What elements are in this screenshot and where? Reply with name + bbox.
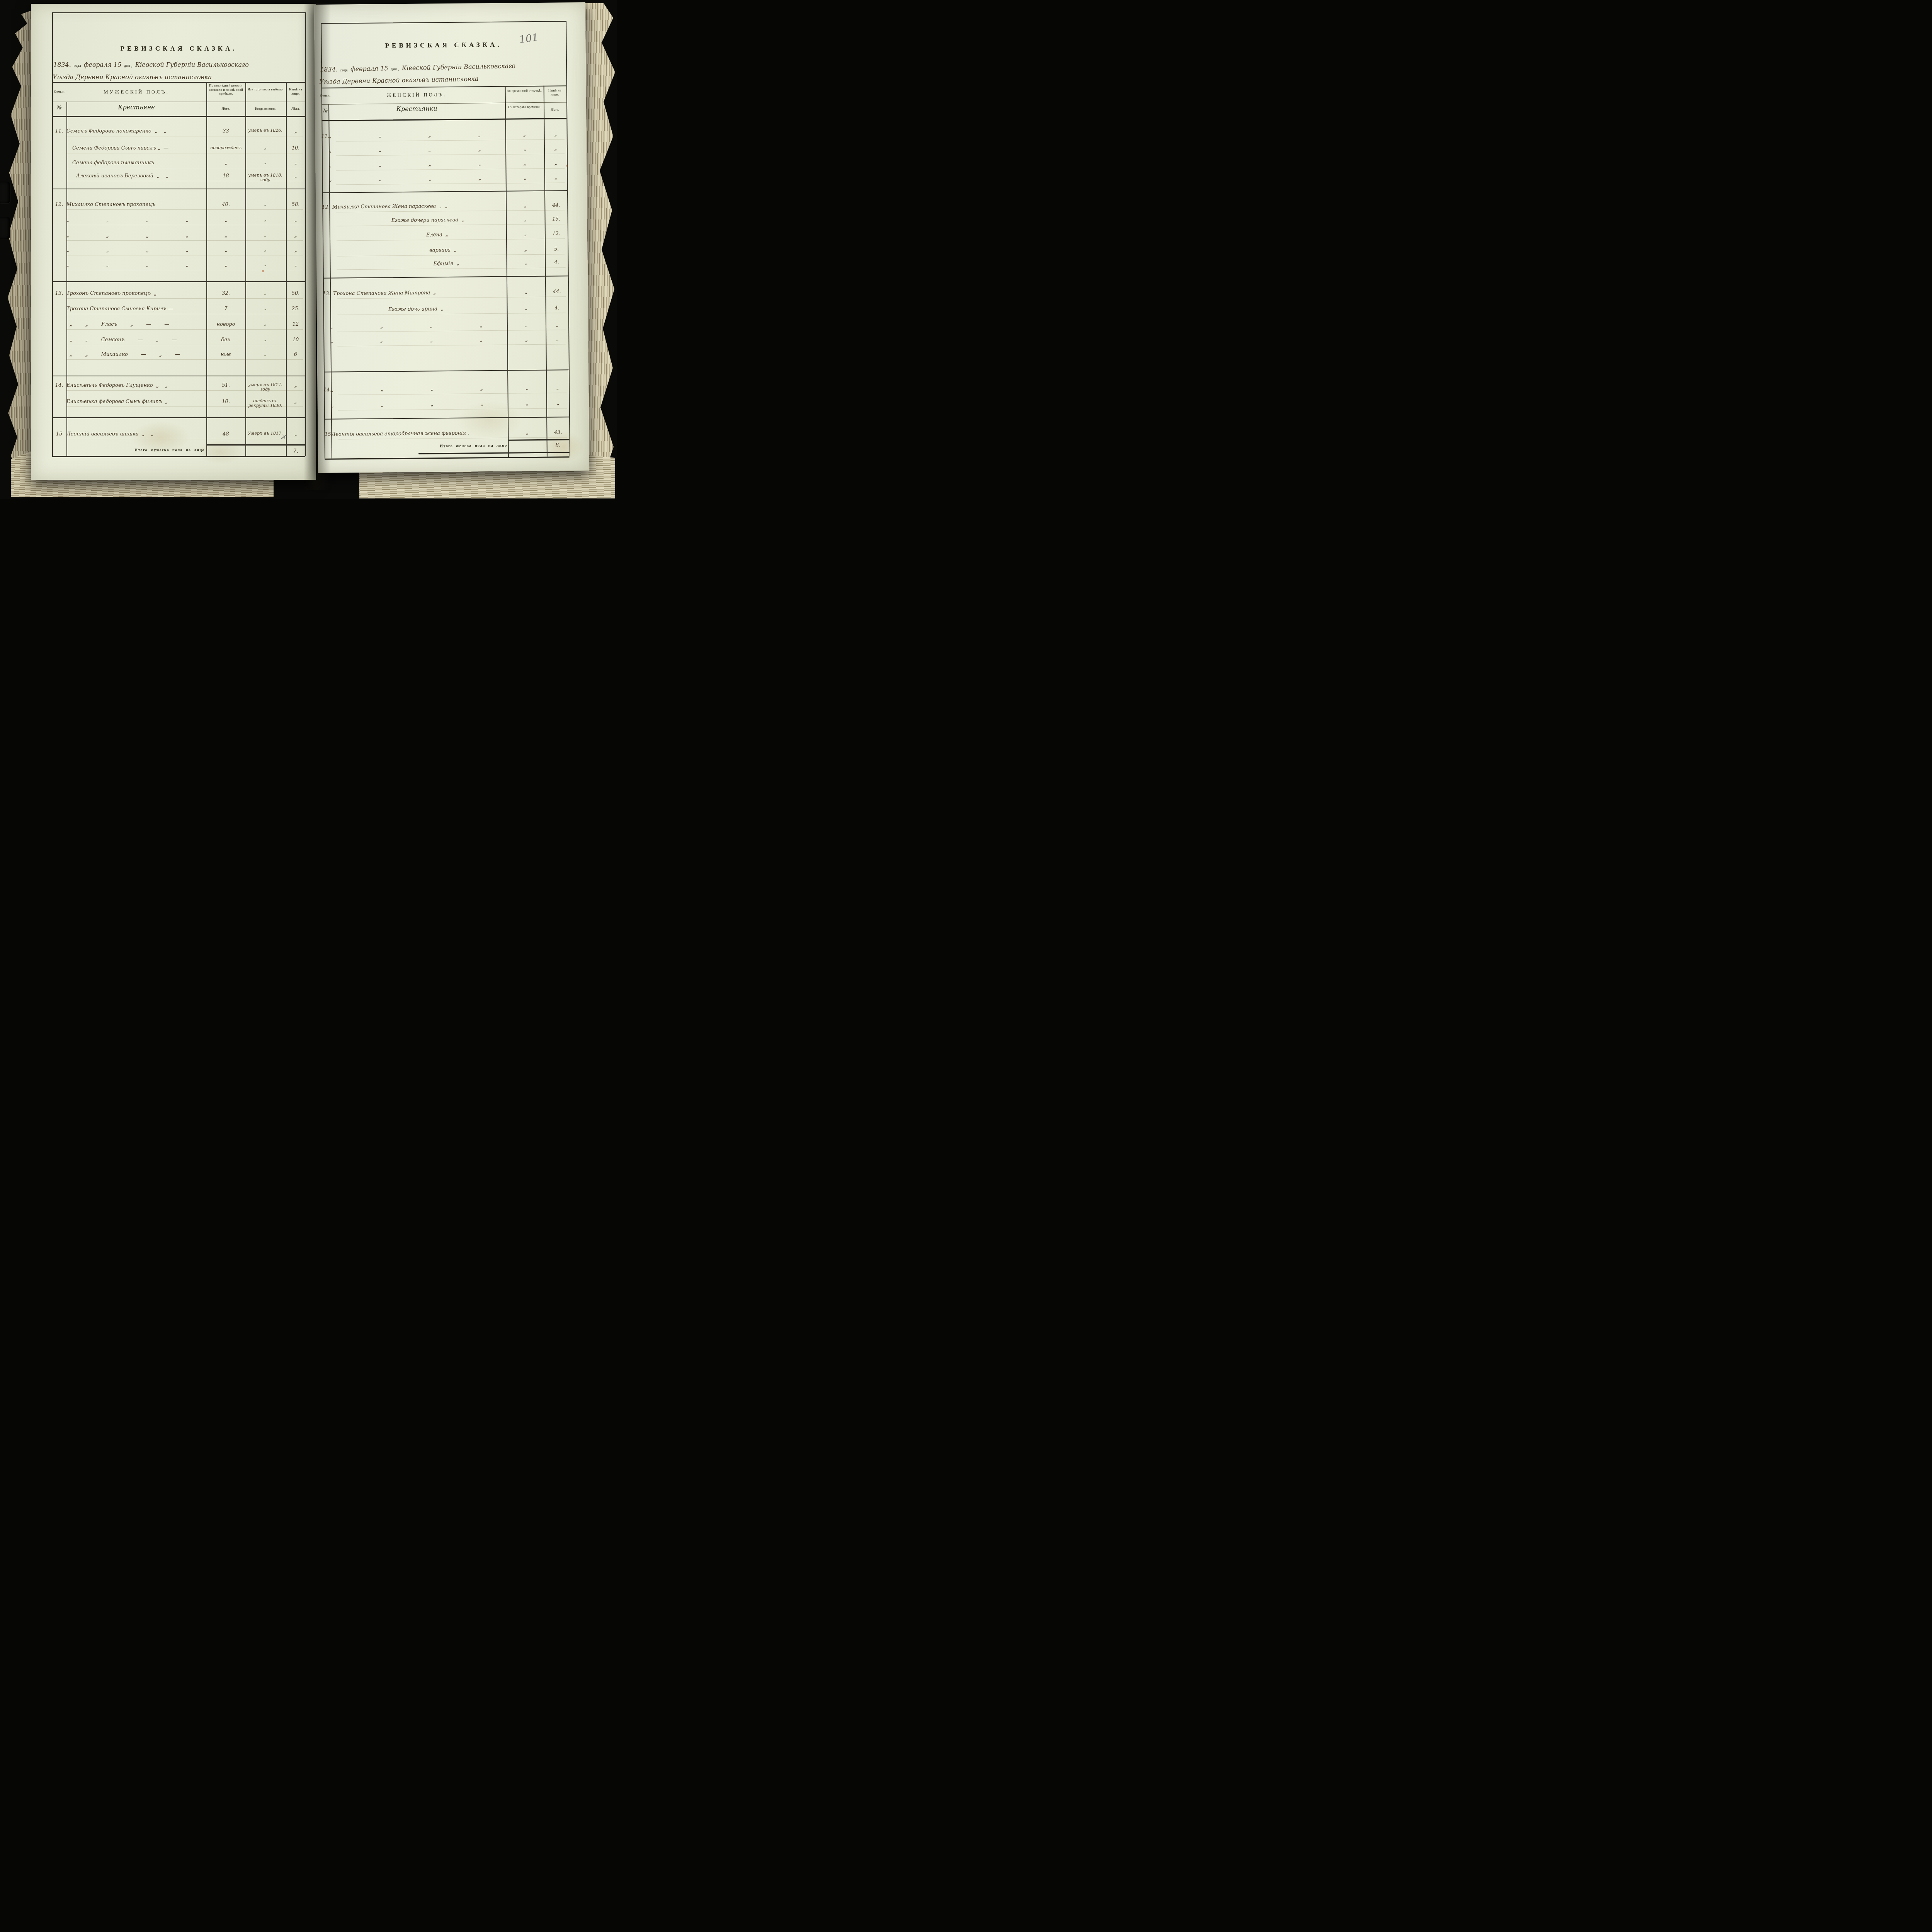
grid-line xyxy=(508,439,570,440)
departed-when: „ xyxy=(245,321,285,326)
person-name: „ „ „ „ xyxy=(329,161,507,168)
table-row: Елисѣвѣка федорова Сынъ филипъ „ 10. отд… xyxy=(52,399,305,407)
age-last-revision: 51. xyxy=(206,383,245,388)
table-row: „ „ „ „ „ „ xyxy=(323,336,568,347)
family-number: 12. xyxy=(51,202,67,207)
table-row: 12. Михаилка Степанова Жена параскева „ … xyxy=(322,202,567,213)
col-family: Семьи. xyxy=(52,90,66,94)
grid-line xyxy=(52,12,305,13)
footer-label: Итого женска пола на лицо xyxy=(407,444,507,449)
absence-mark: „ xyxy=(508,401,546,407)
page-title: РЕВИЗСКАЯ СКАЗКА. xyxy=(52,45,305,53)
col-absence: Во временной отлучкѣ. xyxy=(506,88,543,93)
person-name: „ „ „ „ xyxy=(330,337,508,344)
absence-mark: „ xyxy=(506,175,544,181)
footer-label: Итого мужеска пола на лицо xyxy=(93,448,205,452)
age-now: „ xyxy=(546,322,569,328)
absence-mark: „ xyxy=(508,430,546,436)
heading-year: 1834. xyxy=(320,66,338,73)
person-name: „ „ „ „ xyxy=(331,401,509,408)
departed-when: умеръ въ 1826. xyxy=(245,128,285,133)
age-now: 15. xyxy=(545,216,568,222)
table-row: „ „ „ „ „ „ xyxy=(322,160,567,171)
age-now: „ xyxy=(286,160,305,166)
age-last-revision: 33 xyxy=(206,128,245,134)
person-name: „ „ Семсонъ — „ — xyxy=(66,337,211,343)
departed-when: Умеръ въ 1817. xyxy=(245,431,285,436)
col-departed: Изъ того числа выбыло. xyxy=(246,87,285,92)
person-name: Семена федорова племянникъ xyxy=(66,160,214,166)
grid-line xyxy=(52,281,305,282)
family-number: 14. xyxy=(51,383,67,388)
departed-when: умеръ въ 1817. году xyxy=(245,383,285,392)
absence-mark: „ xyxy=(506,202,544,209)
departed-when: „ xyxy=(245,337,285,342)
age-last-revision: 10. xyxy=(206,399,245,405)
age-now: „ xyxy=(286,247,305,253)
table-row: Трохона Степанова Сыновья Кирилъ — 7 „ 2… xyxy=(52,306,305,315)
table-row: „ „ „ „ „ „ xyxy=(324,400,569,411)
grid-line xyxy=(52,376,305,376)
grid-line xyxy=(322,190,567,193)
heading-day-label: дня , xyxy=(124,64,133,68)
family-number: 11. xyxy=(51,128,67,134)
age-last-revision: 18 xyxy=(206,173,245,179)
grid-line xyxy=(52,82,305,83)
heading-year-label: года xyxy=(74,64,81,68)
grid-line xyxy=(323,276,568,279)
departed-when: „ xyxy=(245,247,285,252)
family-number: 13. xyxy=(51,291,67,296)
heading-line-1: 1834. года февраля 15 дня , Кіевской Губ… xyxy=(53,61,249,68)
person-name: Елисѣвѣчь Федоровъ Глущенко „ „ xyxy=(66,383,208,388)
departed-when: „ xyxy=(245,306,285,311)
heading-line-2: Уѣзда Деревни Красной оказѣвъ истанислов… xyxy=(319,75,478,85)
age-last-revision: ные xyxy=(206,352,245,357)
person-name: Трохона Степанова Жена Матрона „ xyxy=(330,289,511,297)
subcol-since: Съ котораго времени. xyxy=(506,105,543,109)
grid-line xyxy=(206,444,305,446)
age-now: „ xyxy=(546,336,569,342)
person-name: Трохонъ Степановъ прокопецъ „ xyxy=(66,291,208,296)
age-now: 58. xyxy=(286,202,305,207)
age-now: 12. xyxy=(545,231,568,237)
age-now: „ xyxy=(286,383,305,388)
departed-when: отданъ въ рекруты 1830. xyxy=(245,399,285,408)
heading-date-script: февраля 15 xyxy=(350,65,388,73)
grid-line xyxy=(52,102,305,102)
table-row: Егоже дочь ирина „ „ 4. xyxy=(323,305,568,316)
col-gender: МУЖЕСКІЙ ПОЛЪ. xyxy=(66,89,206,95)
grid-line xyxy=(52,116,305,117)
person-name: „ „ „ „ xyxy=(329,132,507,139)
page-number-pencil: 101 xyxy=(519,32,539,46)
person-name: Леонтій васильевъ шишка „ „ xyxy=(66,431,208,437)
grid-line xyxy=(321,118,566,121)
age-now: 6 xyxy=(286,352,305,357)
grid-line xyxy=(52,456,305,457)
age-last-revision: 7 xyxy=(206,306,245,312)
grid-line xyxy=(324,369,569,372)
absence-mark: „ xyxy=(507,322,546,328)
table-row: 13. Трохонъ Степановъ прокопецъ „ 32. „ … xyxy=(52,291,305,299)
family-number: 15 xyxy=(51,431,67,437)
table-row: „ „ „ „ „ „ „ xyxy=(52,233,305,241)
absence-mark: „ xyxy=(507,385,546,391)
absence-mark: „ xyxy=(506,231,545,237)
heading-date-script: февраля 15 xyxy=(84,61,121,68)
age-now: 5. xyxy=(545,246,568,252)
col-gender: ЖЕНСКІЙ ПОЛЪ. xyxy=(328,91,505,99)
person-name: Михаилка Степанова Жена параскева „ „ xyxy=(329,203,510,210)
age-last-revision: 48 xyxy=(206,431,245,437)
person-name: Леонтія васильева второбрачная жена февр… xyxy=(331,430,509,437)
heading-province-script: Кіевской Губерніи Васильковскаго xyxy=(402,62,515,72)
absence-mark: „ xyxy=(505,146,544,152)
age-last-revision: „ xyxy=(206,233,245,238)
table-row: „ „ Михаилко — „ — ные „ 6 xyxy=(52,352,305,360)
grid-line xyxy=(321,102,566,105)
person-name: Михаилко Степановъ прокопецъ xyxy=(66,202,208,207)
page-stack-left-edge xyxy=(5,9,35,490)
right-page: РЕВИЗСКАЯ СКАЗКА. 101 1834. года февраля… xyxy=(314,2,590,473)
subcol-years-now: Лѣта. xyxy=(286,107,305,111)
age-now: 25. xyxy=(286,306,305,312)
age-now: 4. xyxy=(545,260,568,266)
table-row: „ „ Уласъ „ — — новоро „ 12 xyxy=(52,321,305,330)
age-now: „ xyxy=(286,431,305,437)
footer-total: 8. xyxy=(547,442,570,449)
left-page: РЕВИЗСКАЯ СКАЗКА. 1834. года февраля 15 … xyxy=(31,4,316,480)
departed-when: „ xyxy=(245,262,285,267)
subcol-years-now: Лѣта. xyxy=(544,107,565,112)
person-name: „ „ „ „ xyxy=(66,217,208,223)
age-last-revision: новорожденъ xyxy=(206,145,245,150)
person-name: „ „ „ „ xyxy=(66,233,208,238)
absence-mark: „ xyxy=(507,260,545,266)
person-name: „ „ „ „ xyxy=(66,262,208,268)
age-last-revision: 32. xyxy=(206,291,245,296)
heading-day-label: дня , xyxy=(391,68,399,71)
departed-when: умеръ въ 1818. году xyxy=(245,173,285,182)
age-now: „ xyxy=(286,128,305,134)
absence-mark: „ xyxy=(507,289,545,295)
age-now: 10. xyxy=(286,145,305,151)
table-row: „ „ „ „ „ „ „ xyxy=(52,247,305,256)
grid-line xyxy=(324,417,569,420)
person-name: „ „ „ „ xyxy=(330,323,508,330)
person-name: Трохона Степанова Сыновья Кирилъ — xyxy=(66,306,208,312)
person-name: Елисѣвѣка федорова Сынъ филипъ „ xyxy=(66,399,208,405)
table-row: 13. Трохона Степанова Жена Матрона „ „ 4… xyxy=(323,289,568,299)
person-name: „ „ „ „ xyxy=(329,146,507,154)
table-row: Семена федорова племянникъ „ „ „ xyxy=(52,160,305,168)
age-last-revision: 40. xyxy=(206,202,245,207)
absence-mark: „ xyxy=(507,337,546,343)
age-now: 12 xyxy=(286,321,305,327)
departed-when: „ xyxy=(245,217,285,222)
age-now: 50. xyxy=(286,291,305,296)
table-row: Алексѣй ивановъ Березовый „ „ 18 умеръ в… xyxy=(52,173,305,182)
table-row: „ „ „ „ „ „ xyxy=(322,146,567,156)
footer-total: 7. xyxy=(286,448,305,454)
heading-year-label: года xyxy=(340,68,348,72)
table-row: 12. Михаилко Степановъ прокопецъ 40. „ 5… xyxy=(52,202,305,210)
departed-when: „ xyxy=(245,202,285,206)
departed-when: „ xyxy=(245,352,285,356)
grid-line xyxy=(52,189,305,189)
age-now: „ xyxy=(544,175,568,181)
binder-clip xyxy=(0,182,10,203)
age-last-revision: „ xyxy=(206,262,245,268)
grid-line xyxy=(321,21,566,24)
person-name: Ефимія „ xyxy=(330,259,611,267)
subcol-estate-script: Крестьянки xyxy=(328,104,505,114)
grid-line xyxy=(321,85,566,88)
grid-line xyxy=(305,12,306,456)
table-row: 15 Леонтій васильевъ шишка „ „ 48 Умеръ … xyxy=(52,431,305,440)
table-row: „ „ „ „ „ „ xyxy=(322,175,567,185)
age-now: 10 xyxy=(286,337,305,343)
person-name: Алексѣй ивановъ Березовый „ „ xyxy=(66,173,218,179)
age-now: „ xyxy=(544,131,567,138)
col-present: Нынѣ на лицо. xyxy=(287,87,304,95)
departed-when: „ xyxy=(245,145,285,150)
departed-when: „ xyxy=(245,160,285,165)
absence-mark: „ xyxy=(505,132,544,138)
age-now: „ xyxy=(286,233,305,238)
col-present: Нынѣ на лицо. xyxy=(544,88,565,97)
binder-clip xyxy=(0,217,10,239)
age-last-revision: новоро xyxy=(206,321,245,327)
table-row: „ „ „ „ „ „ „ xyxy=(52,217,305,226)
age-last-revision: „ xyxy=(206,217,245,223)
departed-when: „ xyxy=(245,291,285,295)
age-now: 43. xyxy=(546,429,570,435)
table-row: Елена „ „ 12. xyxy=(323,231,568,241)
absence-mark: „ xyxy=(506,247,545,253)
person-name: „ „ „ „ xyxy=(66,247,208,253)
age-now: „ xyxy=(544,146,567,152)
person-name: „ „ Уласъ „ — — xyxy=(66,321,211,327)
age-now: „ xyxy=(286,262,305,268)
age-last-revision: ден xyxy=(206,337,245,343)
table-row: 11. Семенъ Федоровъ пономаренко „ „ 33 у… xyxy=(52,128,305,137)
heading-province-script: Кіевской Губерніи Васильковскаго xyxy=(135,61,249,68)
heading-year: 1834. xyxy=(53,61,71,68)
table-row: „ „ „ „ „ „ „ xyxy=(52,262,305,270)
age-now: „ xyxy=(286,173,305,179)
table-row: 15 Леонтія васильева второбрачная жена ф… xyxy=(324,429,569,440)
book-photo: РЕВИЗСКАЯ СКАЗКА. 1834. года февраля 15 … xyxy=(0,0,617,499)
age-now: „ xyxy=(546,400,570,406)
age-now: 44. xyxy=(545,289,568,295)
departed-when: „ xyxy=(245,233,285,237)
subcol-when: Когда именно. xyxy=(245,107,286,111)
age-now: 4. xyxy=(546,305,569,311)
grid-line xyxy=(325,456,570,459)
col-last-revision: По послѣдней ревизіи состояло и послѣ он… xyxy=(207,83,245,96)
absence-mark: „ xyxy=(507,305,546,311)
person-name: „ „ Михаилко — „ — xyxy=(66,352,211,357)
person-name: Семенъ Федоровъ пономаренко „ „ xyxy=(66,128,208,134)
pencil-cross: ✗ xyxy=(280,433,287,442)
table-row: варвара „ „ 5. xyxy=(323,246,568,257)
age-now: „ xyxy=(286,217,305,223)
person-name: „ „ „ „ xyxy=(331,386,509,393)
absence-mark: „ xyxy=(506,216,545,223)
age-last-revision: „ xyxy=(206,247,245,253)
age-now: 44. xyxy=(544,202,568,208)
heading-line-2: Уѣзда Деревни Красной оказѣвъ истанислов… xyxy=(53,73,212,81)
subcol-estate-script: Крестьяне xyxy=(66,104,206,111)
heading-line-1: 1834. года февраля 15 дня , Кіевской Губ… xyxy=(320,62,515,73)
table-row: Ефимія „ „ 4. xyxy=(323,260,568,270)
table-row: 14. „ „ „ „ „ „ xyxy=(324,385,569,396)
subcol-number: № xyxy=(52,105,66,111)
person-name: Семена Федорова Сынъ павелъ „ — xyxy=(66,145,214,151)
subcol-years: Лѣта. xyxy=(206,107,245,111)
table-row: Семена Федорова Сынъ павелъ „ — новорожд… xyxy=(52,145,305,154)
table-row: 11. „ „ „ „ „ „ xyxy=(322,131,567,142)
age-now: „ xyxy=(546,385,569,391)
absence-mark: „ xyxy=(505,161,544,167)
table-row: „ „ „ „ „ „ xyxy=(323,322,568,333)
person-name: „ „ „ „ xyxy=(329,175,507,183)
age-last-revision: „ xyxy=(206,160,245,166)
age-now: „ xyxy=(544,160,567,167)
age-now: „ xyxy=(286,399,305,405)
table-row: „ „ Семсонъ — „ — ден „ 10 xyxy=(52,337,305,345)
table-row: Егоже дочери параскева „ „ 15. xyxy=(323,216,568,227)
grid-line xyxy=(52,417,305,418)
table-row: 14. Елисѣвѣчь Федоровъ Глущенко „ „ 51. … xyxy=(52,383,305,391)
